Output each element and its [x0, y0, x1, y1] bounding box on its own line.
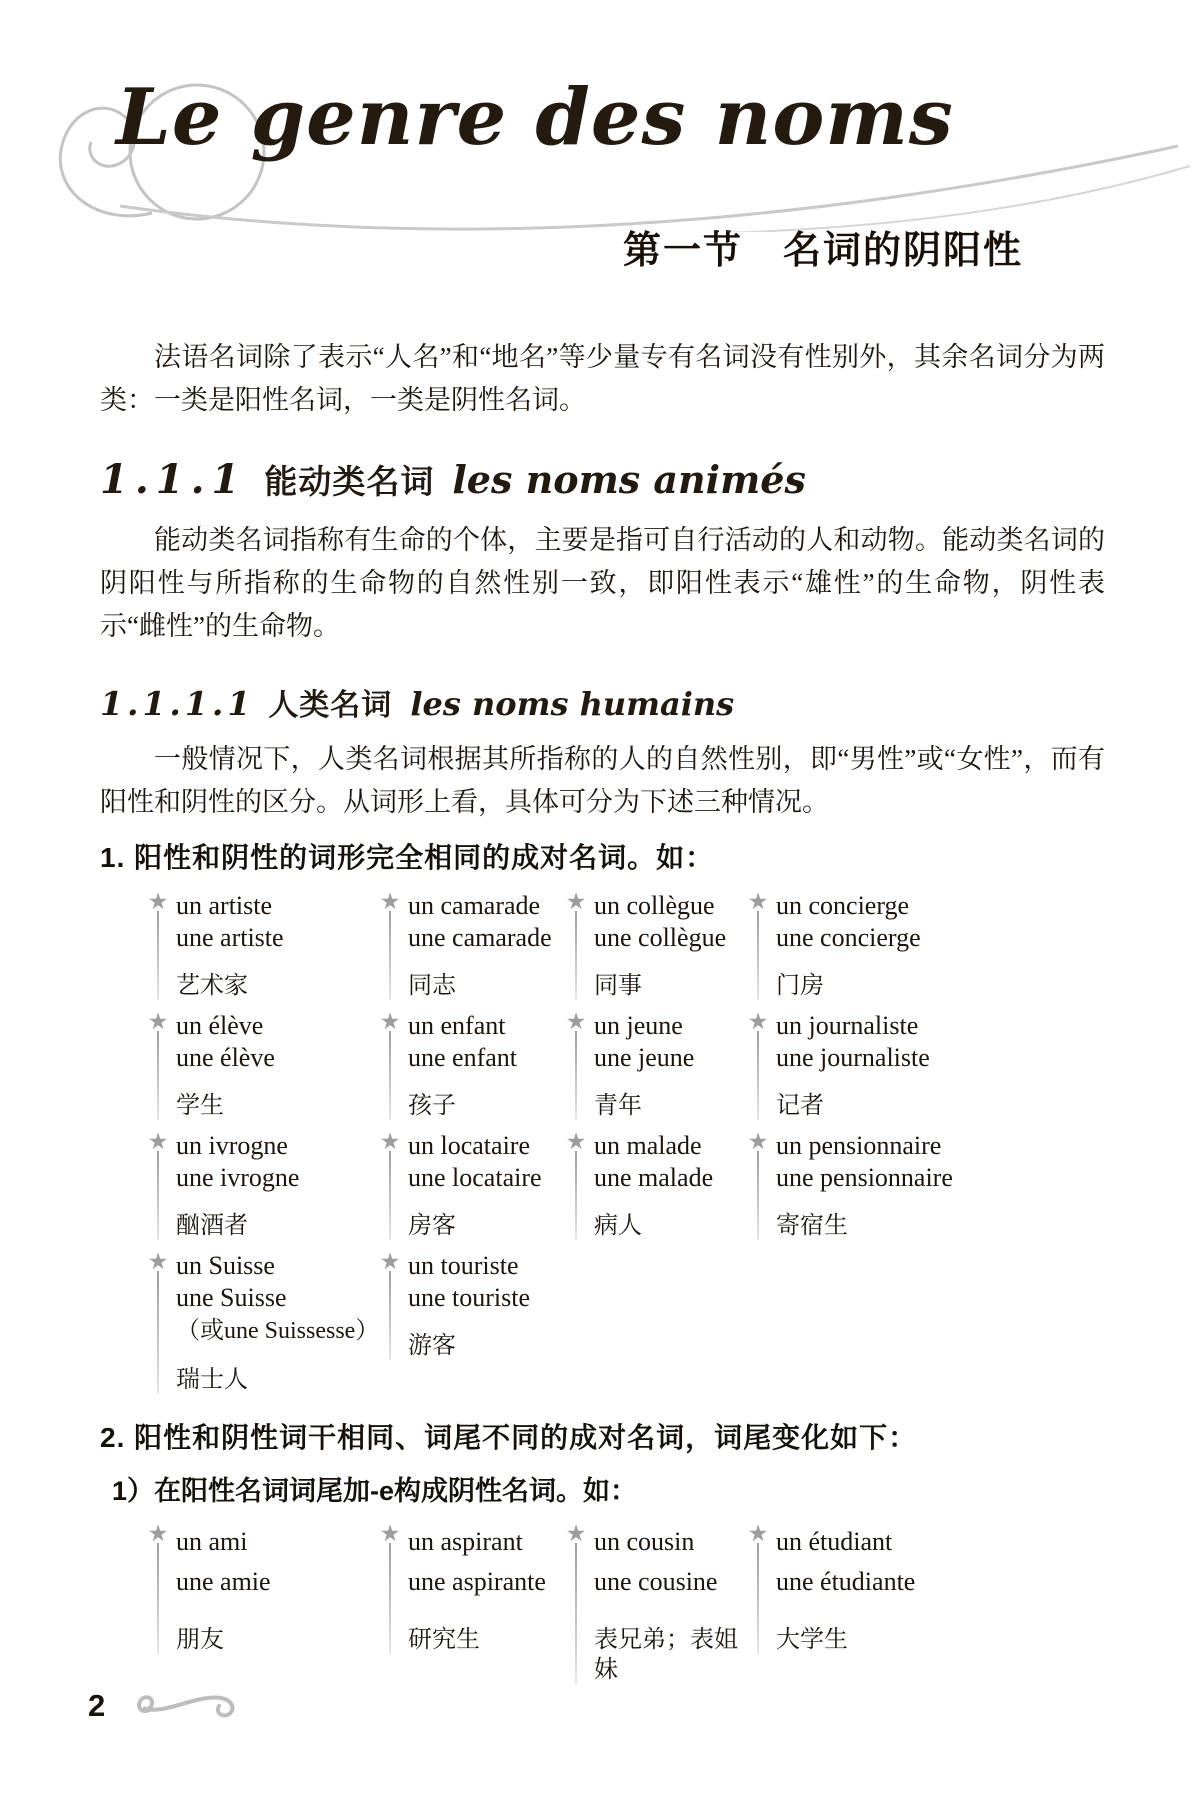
word-masculine: un enfant: [408, 1010, 517, 1042]
word-entry: ★ un cousinune cousine表兄弟；表姐妹: [563, 1522, 745, 1684]
star-tail: [157, 911, 159, 1000]
word-masculine: un concierge: [776, 890, 921, 922]
word-entry: ★ un camaradeune camarade同志: [377, 890, 563, 1000]
word-entry: ★ un amiune amie朋友: [145, 1522, 377, 1654]
heading-1-1-1-1: 1.1.1.1 人类名词 les noms humains: [100, 680, 1105, 724]
word-masculine: un pensionnaire: [776, 1130, 953, 1162]
star-bullet-icon: ★: [745, 1522, 771, 1654]
star-bullet-icon: ★: [145, 1130, 171, 1240]
word-translation: 表兄弟；表姐妹: [594, 1624, 745, 1684]
star-tail: [575, 1031, 577, 1120]
word-feminine: une collègue: [594, 922, 726, 954]
heading-chinese: 人类名词: [268, 689, 392, 722]
page-title: Le genre des noms: [116, 72, 954, 163]
star-tail: [157, 1151, 159, 1240]
star-tail: [757, 911, 759, 1000]
heading-french: les noms animés: [452, 457, 806, 502]
word-feminine: une touriste: [408, 1282, 530, 1314]
word-masculine: un ivrogne: [176, 1130, 299, 1162]
star-bullet-icon: ★: [563, 890, 589, 1000]
word-entry: ★ un journalisteune journaliste记者: [745, 1010, 1167, 1120]
word-entry: ★ un ivrogneune ivrogne酗酒者: [145, 1130, 377, 1240]
footer-flourish-icon: [135, 1688, 247, 1724]
star-tail: [575, 1543, 577, 1684]
word-feminine: une cousine: [594, 1562, 745, 1602]
word-translation: 游客: [408, 1330, 530, 1360]
star-bullet-icon: ★: [145, 1522, 171, 1654]
word-translation: 大学生: [776, 1624, 915, 1654]
star-bullet-icon: ★: [377, 890, 403, 1000]
heading-chinese: 能动类名词: [264, 463, 434, 500]
word-entry: ★ un aspirantune aspirante研究生: [377, 1522, 563, 1654]
star-bullet-icon: ★: [377, 1522, 403, 1654]
word-translation: 青年: [594, 1090, 694, 1120]
star-tail: [157, 1543, 159, 1654]
word-feminine: une aspirante: [408, 1562, 546, 1602]
word-feminine: une camarade: [408, 922, 552, 954]
word-feminine: une concierge: [776, 922, 921, 954]
case2-heading: 2. 阳性和阴性词干相同、词尾不同的成对名词，词尾变化如下：: [100, 1420, 1105, 1456]
word-masculine: un jeune: [594, 1010, 694, 1042]
word-feminine: une amie: [176, 1562, 271, 1602]
word-feminine: une enfant: [408, 1042, 517, 1074]
heading-french: les noms humains: [410, 685, 734, 723]
star-tail: [157, 1271, 159, 1394]
star-bullet-icon: ★: [145, 890, 171, 1000]
star-tail: [389, 911, 391, 1000]
word-grid-case1: ★ un artisteune artiste艺术家 ★ un camarade…: [145, 890, 1167, 1394]
word-masculine: un touriste: [408, 1250, 530, 1282]
word-masculine: un ami: [176, 1522, 271, 1562]
word-entry: ★ un locataireune locataire房客: [377, 1130, 563, 1240]
word-translation: 同事: [594, 970, 726, 1000]
heading-1-1-1: 1.1.1 能动类名词 les noms animés: [100, 456, 1105, 503]
word-translation: 朋友: [176, 1624, 271, 1654]
word-entry: ★ un collègueune collègue同事: [563, 890, 745, 1000]
word-masculine: un camarade: [408, 890, 552, 922]
word-translation: 房客: [408, 1210, 542, 1240]
star-bullet-icon: ★: [745, 890, 771, 1000]
word-translation: 研究生: [408, 1624, 546, 1654]
star-tail: [389, 1271, 391, 1360]
word-masculine: un artiste: [176, 890, 284, 922]
star-bullet-icon: ★: [145, 1250, 171, 1394]
word-translation: 同志: [408, 970, 552, 1000]
word-masculine: un Suisse: [176, 1250, 377, 1282]
word-translation: 艺术家: [176, 970, 284, 1000]
star-bullet-icon: ★: [745, 1010, 771, 1120]
heading-number: 1.1.1.1: [100, 684, 254, 723]
section-title: 第一节 名词的阴阳性: [0, 228, 1197, 274]
word-feminine: une étudiante: [776, 1562, 915, 1602]
word-masculine: un aspirant: [408, 1522, 546, 1562]
heading-number: 1.1.1: [100, 456, 246, 503]
word-feminine: une Suisse: [176, 1282, 377, 1314]
word-feminine: une malade: [594, 1162, 713, 1194]
page-number: 2: [88, 1688, 105, 1724]
word-masculine: un locataire: [408, 1130, 542, 1162]
section-1-1-1-paragraph: 能动类名词指称有生命的个体，主要是指可自行活动的人和动物。能动类名词的阴阳性与所…: [100, 519, 1105, 648]
case1-heading: 1. 阳性和阴性的词形完全相同的成对名词。如：: [100, 840, 1105, 876]
page-footer: 2: [88, 1688, 247, 1724]
star-bullet-icon: ★: [563, 1130, 589, 1240]
word-translation: 记者: [776, 1090, 930, 1120]
word-masculine: un collègue: [594, 890, 726, 922]
star-tail: [575, 1151, 577, 1240]
star-bullet-icon: ★: [563, 1522, 589, 1684]
star-tail: [757, 1543, 759, 1654]
section-1-1-1-1-paragraph: 一般情况下，人类名词根据其所指称的人的自然性别，即“男性”或“女性”，而有阳性和…: [100, 738, 1105, 824]
star-tail: [389, 1031, 391, 1120]
star-bullet-icon: ★: [377, 1250, 403, 1360]
star-tail: [157, 1031, 159, 1120]
word-translation: 酗酒者: [176, 1210, 299, 1240]
word-masculine: un cousin: [594, 1522, 745, 1562]
intro-paragraph: 法语名词除了表示“人名”和“地名”等少量专有名词没有性别外，其余名词分为两类：一…: [100, 336, 1105, 422]
word-translation: 瑞士人: [176, 1364, 377, 1394]
word-entry: ★ un artisteune artiste艺术家: [145, 890, 377, 1000]
star-tail: [575, 911, 577, 1000]
word-feminine: une ivrogne: [176, 1162, 299, 1194]
word-entry: ★ un étudiantune étudiante大学生: [745, 1522, 1167, 1654]
word-feminine: une artiste: [176, 922, 284, 954]
star-tail: [757, 1031, 759, 1120]
page-header: Le genre des noms: [0, 0, 1197, 212]
word-translation: 孩子: [408, 1090, 517, 1120]
word-feminine: une jeune: [594, 1042, 694, 1074]
star-tail: [389, 1151, 391, 1240]
word-entry: ★ un touristeune touriste游客: [377, 1250, 563, 1360]
star-tail: [389, 1543, 391, 1654]
star-bullet-icon: ★: [145, 1010, 171, 1120]
case2-rule1-heading: 1）在阳性名词词尾加-e构成阴性名词。如：: [112, 1474, 1105, 1508]
word-variant-note: （或une Suissesse）: [176, 1314, 377, 1348]
word-feminine: une élève: [176, 1042, 275, 1074]
word-masculine: un élève: [176, 1010, 275, 1042]
star-bullet-icon: ★: [377, 1010, 403, 1120]
word-feminine: une locataire: [408, 1162, 542, 1194]
star-bullet-icon: ★: [745, 1130, 771, 1240]
word-masculine: un étudiant: [776, 1522, 915, 1562]
word-entry: ★ un conciergeune concierge门房: [745, 890, 1167, 1000]
word-masculine: un malade: [594, 1130, 713, 1162]
word-entry: ★ un élèveune élève学生: [145, 1010, 377, 1120]
word-entry: ★ un Suisseune Suisse（或une Suissesse）瑞士人: [145, 1250, 377, 1394]
star-bullet-icon: ★: [377, 1130, 403, 1240]
word-translation: 寄宿生: [776, 1210, 953, 1240]
word-translation: 病人: [594, 1210, 713, 1240]
word-translation: 门房: [776, 970, 921, 1000]
word-feminine: une journaliste: [776, 1042, 930, 1074]
word-feminine: une pensionnaire: [776, 1162, 953, 1194]
word-entry: ★ un enfantune enfant孩子: [377, 1010, 563, 1120]
word-grid-case2: ★ un amiune amie朋友 ★ un aspirantune aspi…: [145, 1522, 1167, 1684]
star-tail: [757, 1151, 759, 1240]
word-translation: 学生: [176, 1090, 275, 1120]
word-entry: ★ un pensionnaireune pensionnaire寄宿生: [745, 1130, 1167, 1240]
word-entry: ★ un maladeune malade病人: [563, 1130, 745, 1240]
star-bullet-icon: ★: [563, 1010, 589, 1120]
word-entry: ★ un jeuneune jeune青年: [563, 1010, 745, 1120]
word-masculine: un journaliste: [776, 1010, 930, 1042]
